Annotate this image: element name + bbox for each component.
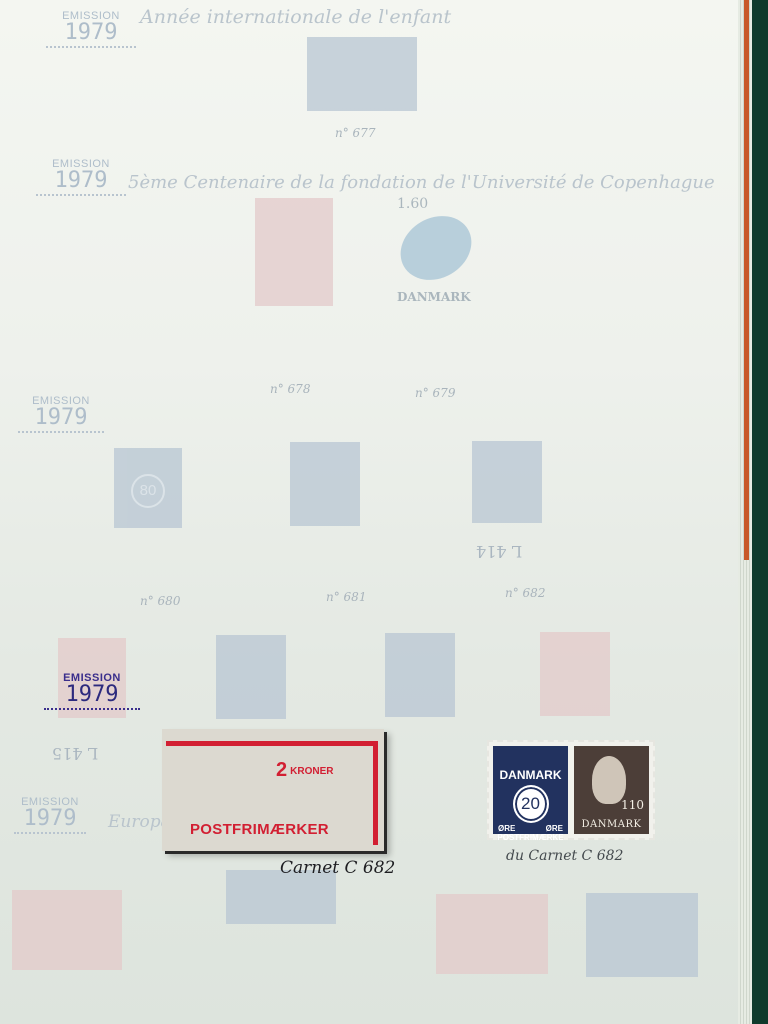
stamp-110-queen: 110 DANMARK bbox=[574, 746, 649, 834]
emission-stamp-4: EMISSION 1979 bbox=[44, 672, 140, 710]
section-title-2: 5ème Centenaire de la fondation de l'Uni… bbox=[128, 172, 715, 193]
ghost-stamp-university: 1.60 DANMARK bbox=[395, 196, 481, 306]
emission-year: 1979 bbox=[36, 170, 126, 192]
ghost-stamp bbox=[216, 635, 286, 719]
emission-stamp-2: EMISSION 1979 bbox=[36, 158, 126, 196]
section-title-1: Année internationale de l'enfant bbox=[140, 6, 451, 28]
emission-year: 1979 bbox=[18, 407, 104, 429]
ghost-stamp bbox=[307, 37, 417, 111]
emission-stamp-1: EMISSION 1979 bbox=[46, 10, 136, 48]
catalog-note: n° 677 bbox=[335, 126, 375, 140]
emission-stamp-5: EMISSION 1979 bbox=[14, 796, 86, 834]
emission-year: 1979 bbox=[46, 22, 136, 44]
stamp-20-ore: DANMARK 20 ØREØRE POSTFRIMÆRKE bbox=[493, 746, 568, 834]
ghost-stamp bbox=[12, 890, 122, 970]
catalog-note: n° 682 bbox=[505, 586, 545, 600]
ghost-stamp-80: 80 bbox=[114, 448, 182, 528]
ghost-stamp bbox=[586, 893, 698, 977]
ghost-stamp bbox=[436, 894, 548, 974]
emission-stamp-3: EMISSION 1979 bbox=[18, 395, 104, 433]
reversed-note: L 415 bbox=[52, 744, 98, 763]
booklet-title: POSTFRIMÆRKER bbox=[190, 821, 329, 838]
catalog-note: n° 680 bbox=[140, 594, 180, 608]
queen-portrait bbox=[592, 756, 626, 804]
emission-year: 1979 bbox=[44, 684, 140, 706]
stamp-pair-caption: du Carnet C 682 bbox=[506, 848, 623, 864]
ghost-stamp bbox=[472, 441, 542, 523]
album-spine-edge bbox=[744, 0, 749, 560]
ghost-stamp bbox=[290, 442, 360, 526]
catalog-note: n° 679 bbox=[415, 386, 455, 400]
catalog-note: n° 678 bbox=[270, 382, 310, 396]
booklet-value: 2KRONER bbox=[276, 759, 333, 782]
ghost-stamp bbox=[226, 870, 336, 924]
catalog-note: n° 681 bbox=[326, 590, 366, 604]
album-page: EMISSION 1979 Année internationale de l'… bbox=[0, 0, 746, 1024]
ghost-stamp bbox=[385, 633, 455, 717]
booklet-caption: Carnet C 682 bbox=[280, 858, 395, 878]
ghost-stamp bbox=[255, 198, 333, 306]
ghost-stamp bbox=[540, 632, 610, 716]
reversed-note: L 414 bbox=[476, 542, 522, 561]
stamp-booklet: 2KRONER POSTFRIMÆRKER bbox=[162, 729, 384, 851]
stamp-pair: DANMARK 20 ØREØRE POSTFRIMÆRKE 110 DANMA… bbox=[487, 740, 655, 840]
